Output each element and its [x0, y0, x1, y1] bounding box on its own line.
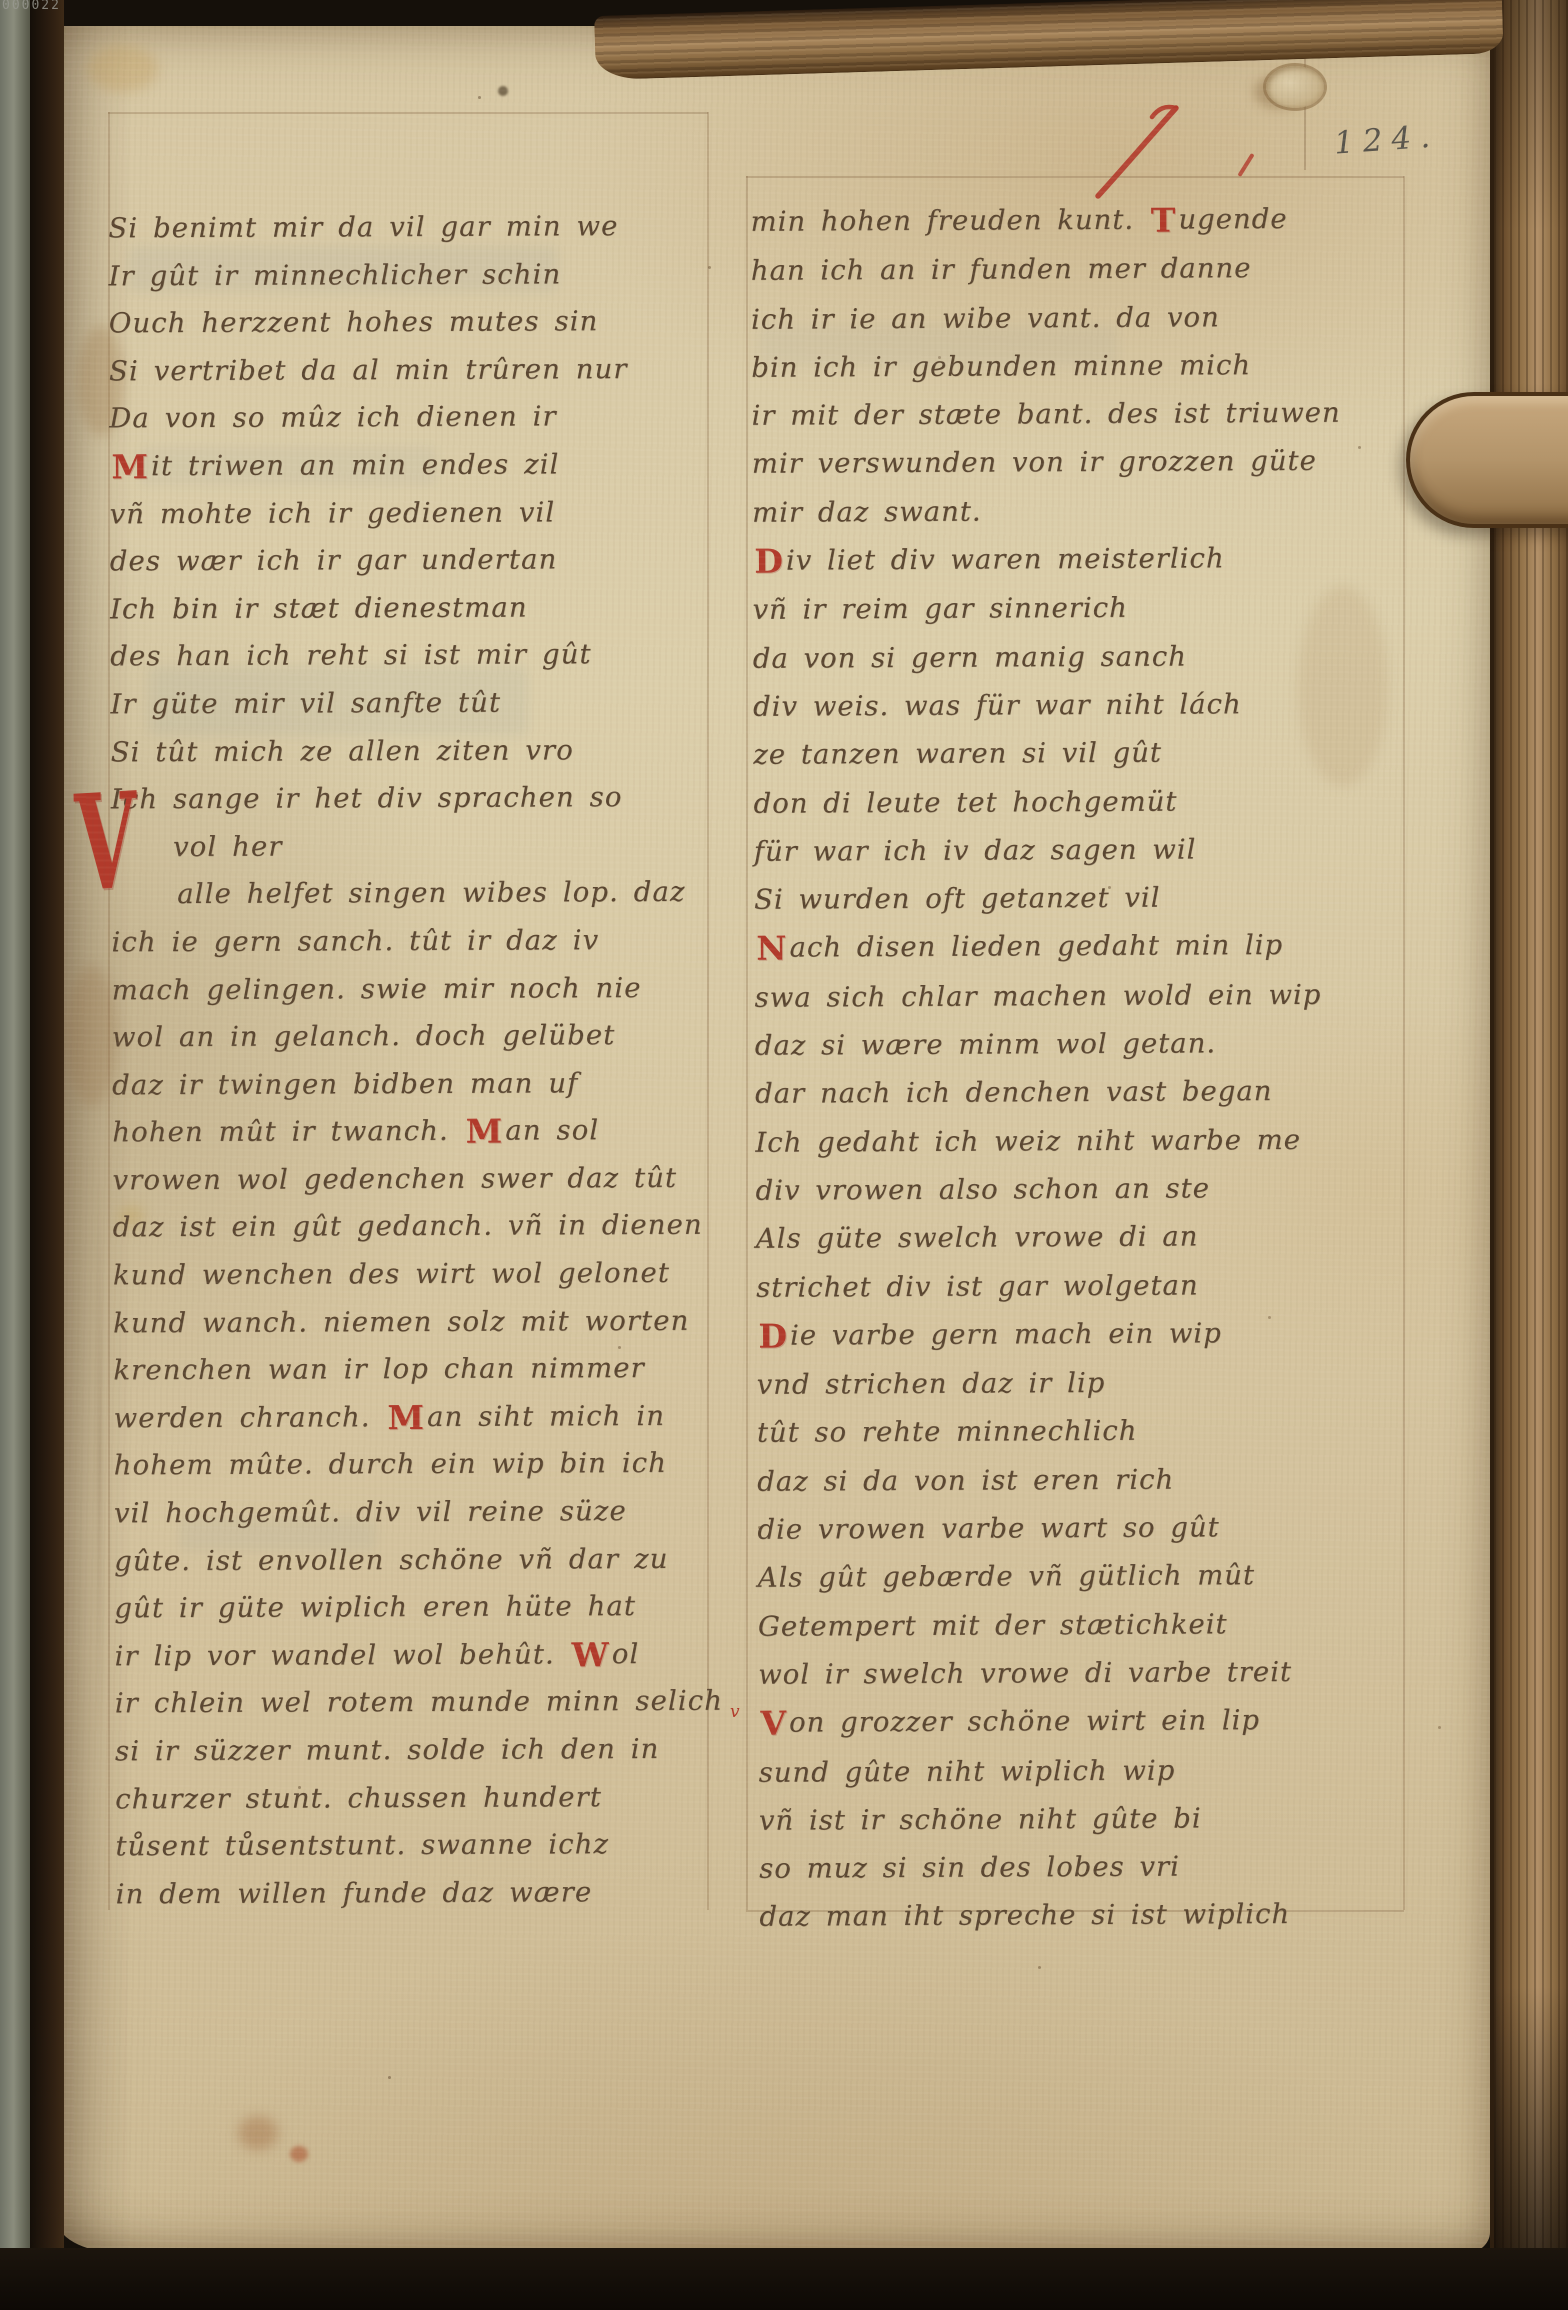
- manuscript-line: daz ir twingen bidben man uf: [112, 1059, 732, 1109]
- text-span: mir daz swant.: [752, 495, 982, 528]
- book-gutter-shadow: [30, 0, 64, 2310]
- manuscript-line: die vrowen varbe wart so gût: [757, 1502, 1437, 1554]
- text-span: alle helfet singen wibes lop. daz: [177, 876, 685, 910]
- text-span: vrowen wol gedenchen swer daz tût: [112, 1162, 677, 1196]
- text-span: mir verswunden von ir grozzen güte: [752, 445, 1317, 480]
- text-span: ach disen lieden gedaht min lip: [789, 929, 1283, 964]
- text-span: wol ir swelch vrowe di varbe treit: [758, 1656, 1292, 1691]
- manuscript-line: sund gûte niht wiplich wip: [759, 1745, 1439, 1797]
- manuscript-line: hohem mûte. durch ein wip bin ich: [114, 1440, 734, 1490]
- text-span: Si benimt mir da vil gar min we: [108, 210, 618, 244]
- text-span: für war ich iv daz sagen wil: [754, 833, 1197, 867]
- text-span: hohen mût ir twanch.: [112, 1115, 464, 1149]
- page-stack-right-edge: [1490, 0, 1568, 2310]
- rubric-initial: V: [758, 1704, 789, 1743]
- text-span: Ir güte mir vil sanfte tût: [110, 687, 501, 721]
- manuscript-line: kund wenchen des wirt wol gelonet: [113, 1250, 733, 1300]
- rubric-initial: D: [756, 1316, 790, 1355]
- text-span: ugende: [1178, 203, 1287, 236]
- text-span: mach gelingen. swie mir noch nie: [112, 972, 642, 1006]
- rubric-initial: M: [385, 1398, 427, 1437]
- text-span: Si vertribet da al min trûren nur: [109, 353, 628, 387]
- text-span: vol her: [173, 830, 283, 862]
- initial-guide-letter: v: [730, 1702, 740, 1722]
- manuscript-line: des wær ich ir gar undertan: [110, 536, 730, 586]
- ruling-line-right-inner: [746, 176, 748, 1910]
- text-span: tůsent tůsentstunt. swanne ichz: [115, 1828, 609, 1862]
- manuscript-line: krenchen wan ir lop chan nimmer: [113, 1345, 733, 1395]
- manuscript-line: Si tût mich ze allen ziten vro: [111, 726, 731, 776]
- manuscript-line: vnd strichen daz ir lip: [757, 1357, 1437, 1409]
- rubric-initial: D: [752, 542, 786, 581]
- manuscript-line: Nach disen lieden gedaht min lip: [754, 921, 1434, 974]
- text-column-left: Si benimt mir da vil gar min weIr gût ir…: [108, 203, 735, 1919]
- manuscript-line: kund wanch. niemen solz mit worten: [113, 1297, 733, 1347]
- manuscript-line: si ir süzzer munt. solde ich den in: [115, 1726, 735, 1776]
- manuscript-line: vñ ir reim gar sinnerich: [752, 583, 1432, 635]
- rubric-initial: N: [754, 929, 789, 968]
- parchment-page: 124. Si benimt mir da vil gar min weIr g…: [58, 26, 1490, 2254]
- text-span: strichet div ist gar wolgetan: [756, 1269, 1199, 1303]
- manuscript-line: vñ mohte ich ir gedienen vil: [110, 488, 730, 538]
- text-column-right: min hohen freuden kunt. Tugendehan ich a…: [750, 194, 1439, 1941]
- text-span: werden chranch.: [113, 1401, 385, 1434]
- text-span: han ich an ir funden mer danne: [751, 252, 1252, 287]
- text-span: Ich bin ir stæt dienestman: [110, 591, 528, 625]
- manuscript-line: Div liet div waren meisterlich: [752, 533, 1432, 586]
- text-span: Ir gût ir minnechlicher schin: [109, 258, 562, 292]
- ruling-line-top-left: [108, 112, 708, 114]
- manuscript-line: ich ir ie an wibe vant. da von: [751, 292, 1431, 344]
- text-span: vñ mohte ich ir gedienen vil: [110, 496, 556, 530]
- rubric-initial: T: [1149, 201, 1179, 240]
- text-span: gûte. ist envollen schöne vñ dar zu: [114, 1543, 668, 1577]
- manuscript-line: ich ie gern sanch. tût ir daz iv: [111, 917, 731, 967]
- rubric-initial: W: [570, 1635, 612, 1674]
- text-span: dar nach ich denchen vast began: [755, 1075, 1273, 1110]
- manuscript-line: Ir gût ir minnechlicher schin: [108, 250, 728, 300]
- text-span: churzer stunt. chussen hundert: [115, 1781, 602, 1815]
- manuscript-line: Ich sange ir het div sprachen so: [111, 774, 731, 824]
- manuscript-line: vrowen wol gedenchen swer daz tût: [112, 1155, 732, 1205]
- text-span: in dem willen funde daz wære: [116, 1876, 593, 1910]
- manuscript-line: Getempert mit der stætichkeit: [758, 1599, 1438, 1651]
- text-span: vnd strichen daz ir lip: [757, 1367, 1106, 1401]
- text-span: div weis. was für war niht lách: [753, 688, 1242, 723]
- manuscript-line: ir lip vor wandel wol behût. Wol: [114, 1630, 734, 1680]
- stain: [88, 46, 158, 92]
- rubric-initial: M: [464, 1112, 506, 1151]
- text-span: da von si gern manig sanch: [753, 640, 1187, 674]
- text-span: an sol: [505, 1115, 599, 1147]
- text-span: Ouch herzzent hohes mutes sin: [109, 305, 599, 339]
- manuscript-line: han ich an ir funden mer danne: [751, 244, 1431, 296]
- parchment-wrinkle: [98, 1176, 101, 1736]
- text-span: ir mit der stæte bant. des ist triuwen: [751, 397, 1340, 432]
- folio-number: 124.: [1333, 118, 1440, 161]
- text-span: min hohen freuden kunt.: [750, 204, 1148, 238]
- manuscript-line: Von grozzer schöne wirt ein lip: [758, 1695, 1438, 1748]
- text-span: sund gûte niht wiplich wip: [759, 1754, 1176, 1788]
- parchment-hole: [1266, 66, 1324, 108]
- text-span: ir chlein wel rotem munde minn selich: [115, 1685, 723, 1720]
- stain: [66, 966, 118, 1106]
- manuscript-line: dar nach ich denchen vast began: [755, 1067, 1435, 1119]
- text-span: des wær ich ir gar undertan: [110, 544, 558, 578]
- text-span: swa sich chlar machen wold ein wip: [755, 979, 1322, 1014]
- manuscript-line: churzer stunt. chussen hundert: [115, 1773, 735, 1823]
- manuscript-line: Ouch herzzent hohes mutes sin: [109, 298, 729, 348]
- text-span: daz si da von ist eren rich: [757, 1463, 1174, 1497]
- text-span: die vrowen varbe wart so gût: [757, 1511, 1219, 1545]
- text-span: kund wenchen des wirt wol gelonet: [113, 1257, 670, 1291]
- text-span: ich ie gern sanch. tût ir daz iv: [111, 924, 599, 958]
- manuscript-line: mir verswunden von ir grozzen güte: [752, 437, 1432, 489]
- text-span: Si tût mich ze allen ziten vro: [111, 734, 574, 768]
- text-span: ich ir ie an wibe vant. da von: [751, 301, 1220, 335]
- rubric-initial: M: [109, 447, 151, 486]
- text-span: div vrowen also schon an ste: [756, 1172, 1210, 1206]
- manuscript-line: vil hochgemût. div vil reine süze: [114, 1488, 734, 1538]
- manuscript-line: daz si wære minm wol getan.: [755, 1018, 1435, 1070]
- manuscript-line: werden chranch. Man siht mich in: [113, 1392, 733, 1442]
- manuscript-line: div vrowen also schon an ste: [756, 1163, 1436, 1215]
- manuscript-line: in dem willen funde daz wære: [116, 1868, 736, 1918]
- stain: [290, 2146, 308, 2162]
- manuscript-line: so muz si sin des lobes vri: [759, 1841, 1439, 1893]
- manuscript-line: wol ir swelch vrowe di varbe treit: [758, 1647, 1438, 1699]
- manuscript-line: Da von so mûz ich dienen ir: [109, 393, 729, 443]
- text-span: it triwen an min endes zil: [151, 448, 560, 482]
- text-span: daz man iht spreche si ist wiplich: [759, 1898, 1290, 1933]
- manuscript-line: Die varbe gern mach ein wip: [756, 1308, 1436, 1361]
- drop-cap-initial-v: V: [74, 791, 134, 910]
- manuscript-line: Si vertribet da al min trûren nur: [109, 345, 729, 395]
- scan-artifact-number: 000022: [2, 0, 61, 13]
- text-span: ze tanzen waren si vil gût: [753, 737, 1162, 771]
- manuscript-scan: 000022 124. Si benimt mir da vil gar min…: [0, 0, 1568, 2310]
- book-bottom-edge: [0, 2248, 1568, 2310]
- manuscript-line: Ich bin ir stæt dienestman: [110, 583, 730, 633]
- manuscript-line: für war ich iv daz sagen wil: [754, 824, 1434, 876]
- manuscript-line: tůsent tůsentstunt. swanne ichz: [115, 1821, 735, 1871]
- stain: [238, 2116, 278, 2150]
- manuscript-line: div weis. was für war niht lách: [753, 679, 1433, 731]
- manuscript-line: daz man iht spreche si ist wiplich: [759, 1890, 1439, 1942]
- text-span: Ich gedaht ich weiz niht warbe me: [755, 1124, 1301, 1159]
- manuscript-line: Ir güte mir vil sanfte tût: [110, 679, 730, 729]
- manuscript-line: alle helfet singen wibes lop. daz: [111, 869, 731, 919]
- text-span: Si wurden oft getanzet vil: [754, 882, 1161, 916]
- text-span: on grozzer schöne wirt ein lip: [789, 1704, 1260, 1738]
- text-span: krenchen wan ir lop chan nimmer: [113, 1352, 645, 1386]
- text-span: ir lip vor wandel wol behût.: [115, 1638, 570, 1672]
- text-span: bin ich ir gebunden minne mich: [751, 349, 1251, 384]
- book-binding-cloth: [0, 0, 30, 2310]
- text-span: Da von so mûz ich dienen ir: [109, 401, 557, 435]
- manuscript-line: Si wurden oft getanzet vil: [754, 872, 1434, 924]
- text-span: des han ich reht si ist mir gût: [110, 639, 592, 673]
- text-span: vil hochgemût. div vil reine süze: [114, 1495, 627, 1529]
- text-span: daz ist ein gût gedanch. vñ in dienen: [113, 1209, 703, 1244]
- manuscript-line: ir chlein wel rotem munde minn selich: [115, 1678, 735, 1728]
- manuscript-line: bin ich ir gebunden minne mich: [751, 340, 1431, 392]
- text-span: Als güte swelch vrowe di an: [756, 1221, 1199, 1255]
- text-span: wol an in gelanch. doch gelübet: [112, 1019, 616, 1053]
- text-span: Getempert mit der stætichkeit: [758, 1608, 1228, 1642]
- text-span: hohem mûte. durch ein wip bin ich: [114, 1447, 667, 1481]
- manuscript-line: mir daz swant.: [752, 485, 1432, 537]
- text-span: so muz si sin des lobes vri: [759, 1851, 1180, 1885]
- manuscript-line: don di leute tet hochgemüt: [753, 776, 1433, 828]
- manuscript-line: Si benimt mir da vil gar min we: [108, 203, 728, 253]
- manuscript-line: wol an in gelanch. doch gelübet: [112, 1012, 732, 1062]
- text-span: tût so rehte minnechlich: [757, 1415, 1138, 1449]
- manuscript-line: daz si da von ist eren rich: [757, 1454, 1437, 1506]
- manuscript-line: min hohen freuden kunt. Tugende: [750, 194, 1430, 247]
- manuscript-line: strichet div ist gar wolgetan: [756, 1260, 1436, 1312]
- manuscript-line: ir mit der stæte bant. des ist triuwen: [751, 388, 1431, 440]
- clasp-tab: [1406, 392, 1568, 528]
- manuscript-line: ze tanzen waren si vil gût: [753, 727, 1433, 779]
- manuscript-line: Als güte swelch vrowe di an: [756, 1211, 1436, 1263]
- manuscript-line: da von si gern manig sanch: [753, 631, 1433, 683]
- text-span: vñ ist ir schöne niht gûte bi: [759, 1802, 1202, 1836]
- manuscript-line: vñ ist ir schöne niht gûte bi: [759, 1793, 1439, 1845]
- manuscript-line: Mit triwen an min endes zil: [109, 441, 729, 491]
- text-span: Ich sange ir het div sprachen so: [111, 781, 623, 815]
- manuscript-line: Als gût gebærde vñ gütlich mût: [758, 1551, 1438, 1603]
- manuscript-line: vol her: [111, 821, 731, 871]
- text-span: ie varbe gern mach ein wip: [790, 1317, 1222, 1351]
- text-span: daz ir twingen bidben man uf: [112, 1067, 578, 1101]
- ruling-line-top-right: [746, 176, 1404, 178]
- manuscript-line: Ich gedaht ich weiz niht warbe me: [755, 1115, 1435, 1167]
- rubric-stroke-mark: [1237, 153, 1254, 177]
- text-span: vñ ir reim gar sinnerich: [753, 592, 1128, 626]
- manuscript-line: tût so rehte minnechlich: [757, 1406, 1437, 1458]
- text-span: ol: [612, 1638, 640, 1670]
- manuscript-line: des han ich reht si ist mir gût: [110, 631, 730, 681]
- text-span: daz si wære minm wol getan.: [755, 1027, 1216, 1061]
- text-span: Als gût gebærde vñ gütlich mût: [758, 1559, 1256, 1594]
- manuscript-line: gût ir güte wiplich eren hüte hat: [114, 1583, 734, 1633]
- manuscript-line: hohen mût ir twanch. Man sol: [112, 1107, 732, 1157]
- text-span: iv liet div waren meisterlich: [786, 542, 1225, 576]
- text-span: gût ir güte wiplich eren hüte hat: [114, 1590, 636, 1624]
- rubric-flourish-icon: [1090, 98, 1190, 202]
- manuscript-line: swa sich chlar machen wold ein wip: [755, 970, 1435, 1022]
- text-span: kund wanch. niemen solz mit worten: [113, 1304, 689, 1339]
- text-span: an siht mich in: [427, 1400, 665, 1433]
- manuscript-line: daz ist ein gût gedanch. vñ in dienen: [113, 1202, 733, 1252]
- text-span: don di leute tet hochgemüt: [754, 785, 1178, 819]
- manuscript-line: gûte. ist envollen schöne vñ dar zu: [114, 1535, 734, 1585]
- manuscript-line: mach gelingen. swie mir noch nie: [112, 964, 732, 1014]
- ink-spot: [498, 86, 508, 96]
- text-span: si ir süzzer munt. solde ich den in: [115, 1733, 660, 1767]
